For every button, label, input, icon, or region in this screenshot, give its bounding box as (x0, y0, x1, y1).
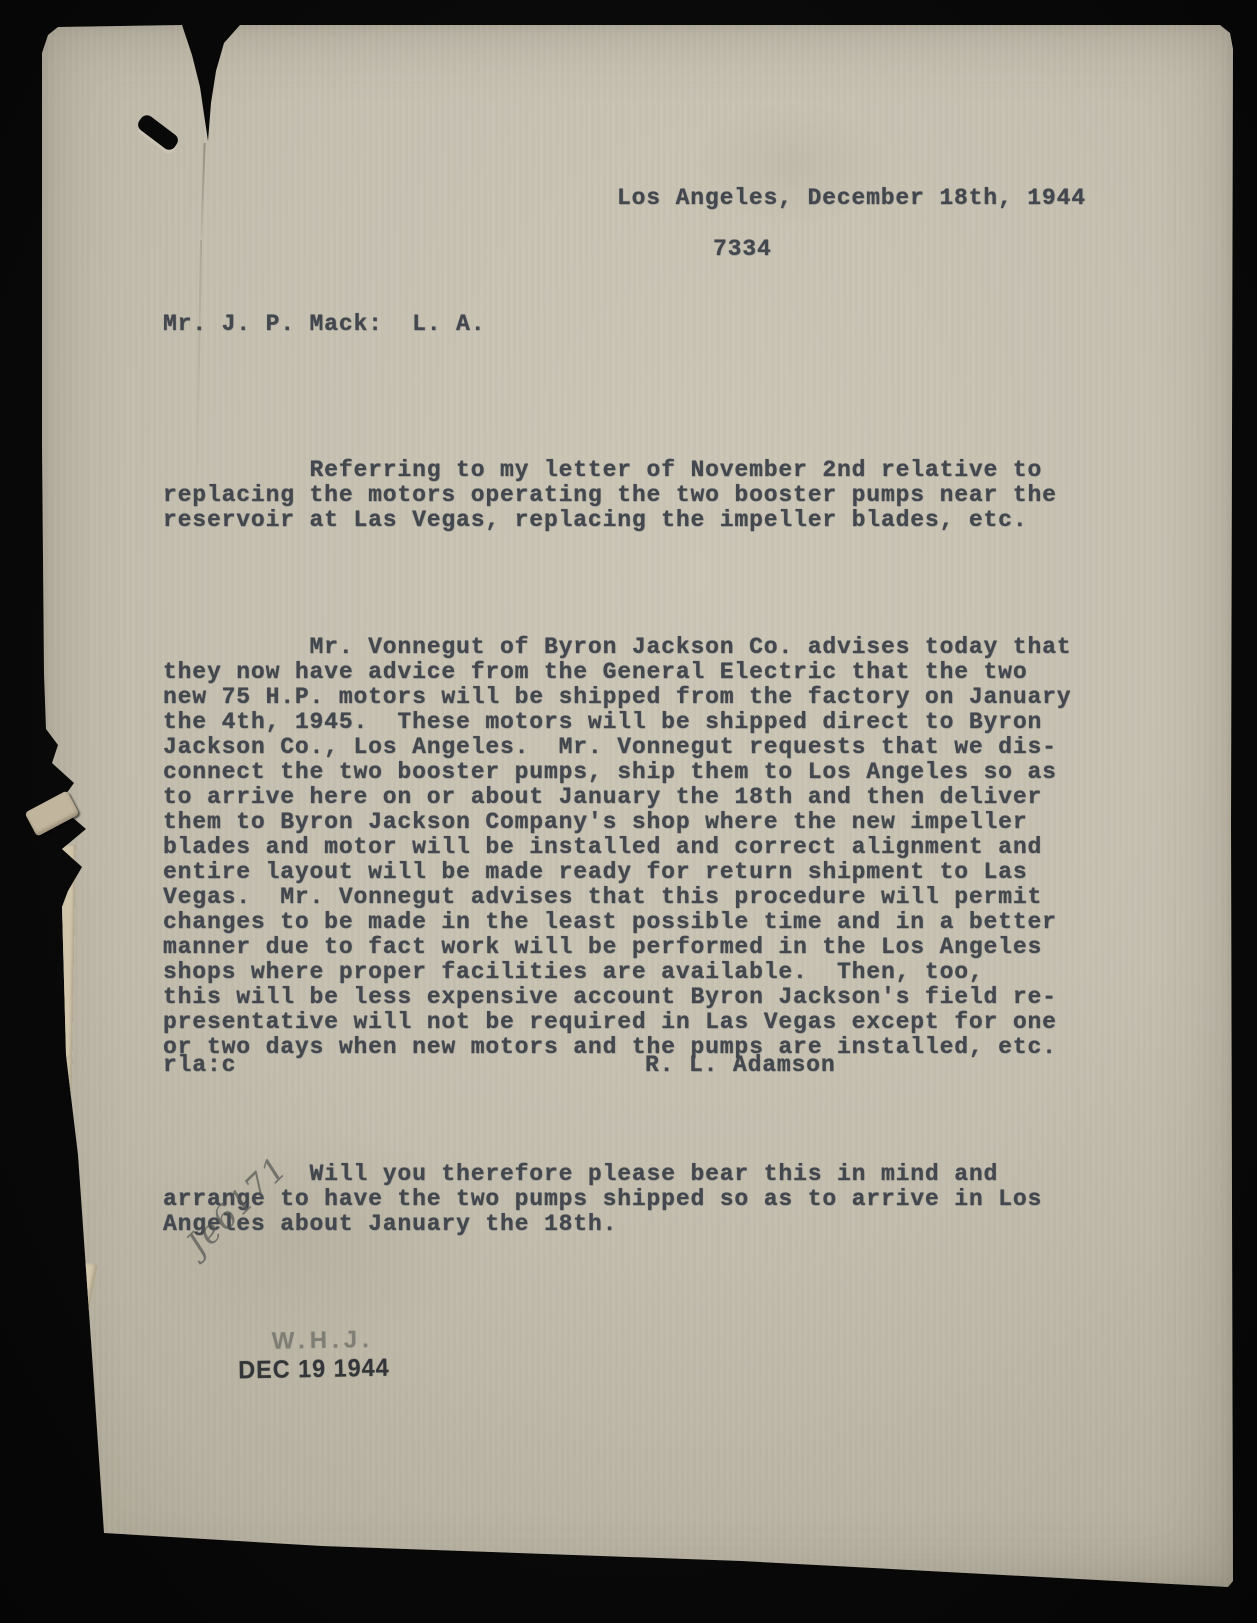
signature-name: R. L. Adamson (645, 1053, 835, 1078)
typewritten-line: entire layout will be made ready for ret… (163, 860, 1123, 885)
edge-tape-strip (47, 1057, 73, 1258)
typewritten-line: Will you therefore please bear this in m… (163, 1162, 1123, 1187)
typewritten-line: or two days when new motors and the pump… (163, 1035, 1123, 1060)
paragraph: Referring to my letter of November 2nd r… (163, 383, 1123, 533)
edge-tape-strip (17, 1260, 97, 1548)
typewritten-line: this will be less expensive account Byro… (163, 985, 1123, 1010)
photo-background: Los Angeles, December 18th, 1944 7334 Mr… (0, 0, 1257, 1623)
typewritten-line: reservoir at Las Vegas, replacing the im… (163, 508, 1123, 533)
typewritten-line: they now have advice from the General El… (163, 660, 1123, 685)
typewritten-line: changes to be made in the least possible… (163, 910, 1123, 935)
recipient-line: Mr. J. P. Mack: L. A. (163, 312, 485, 337)
stamp-date: DEC 19 1944 (238, 1354, 390, 1386)
typewritten-line: Angeles about January the 18th. (163, 1212, 1123, 1237)
paragraph: Will you therefore please bear this in m… (163, 1087, 1123, 1237)
typewritten-line: manner due to fact work will be performe… (163, 935, 1123, 960)
typewritten-line: Referring to my letter of November 2nd r… (163, 458, 1123, 483)
typewritten-line: new 75 H.P. motors will be shipped from … (163, 685, 1123, 710)
edge-tape-strip (50, 845, 76, 1057)
typewritten-line: presentative will not be required in Las… (163, 1010, 1123, 1035)
typewritten-line: them to Byron Jackson Company's shop whe… (163, 810, 1123, 835)
paragraph: Mr. Vonnegut of Byron Jackson Co. advise… (163, 560, 1123, 1060)
letter-page: Los Angeles, December 18th, 1944 7334 Mr… (42, 25, 1233, 1587)
typewritten-line: connect the two booster pumps, ship them… (163, 760, 1123, 785)
punch-hole-tear (135, 112, 180, 152)
typewritten-line: shops where proper facilities are availa… (163, 960, 1123, 985)
file-number: 7334 (713, 237, 772, 262)
typewritten-line: Vegas. Mr. Vonnegut advises that this pr… (163, 885, 1123, 910)
typist-initials: rla:c (163, 1053, 236, 1078)
typewritten-line: to arrive here on or about January the 1… (163, 785, 1123, 810)
typewritten-line: replacing the motors operating the two b… (163, 483, 1123, 508)
typewritten-line: the 4th, 1945. These motors will be ship… (163, 710, 1123, 735)
received-stamp: W.H.J. DEC 19 1944 (238, 1326, 400, 1386)
letter-body: Referring to my letter of November 2nd r… (163, 383, 1123, 1237)
dateline: Los Angeles, December 18th, 1944 (617, 186, 1086, 211)
typewritten-line: blades and motor will be installed and c… (163, 835, 1123, 860)
typewritten-line: Mr. Vonnegut of Byron Jackson Co. advise… (163, 635, 1123, 660)
typewritten-line: arrange to have the two pumps shipped so… (163, 1187, 1123, 1212)
paper-crease (200, 143, 205, 238)
typewritten-line: Jackson Co., Los Angeles. Mr. Vonnegut r… (163, 735, 1123, 760)
stamp-initials: W.H.J. (272, 1326, 400, 1356)
